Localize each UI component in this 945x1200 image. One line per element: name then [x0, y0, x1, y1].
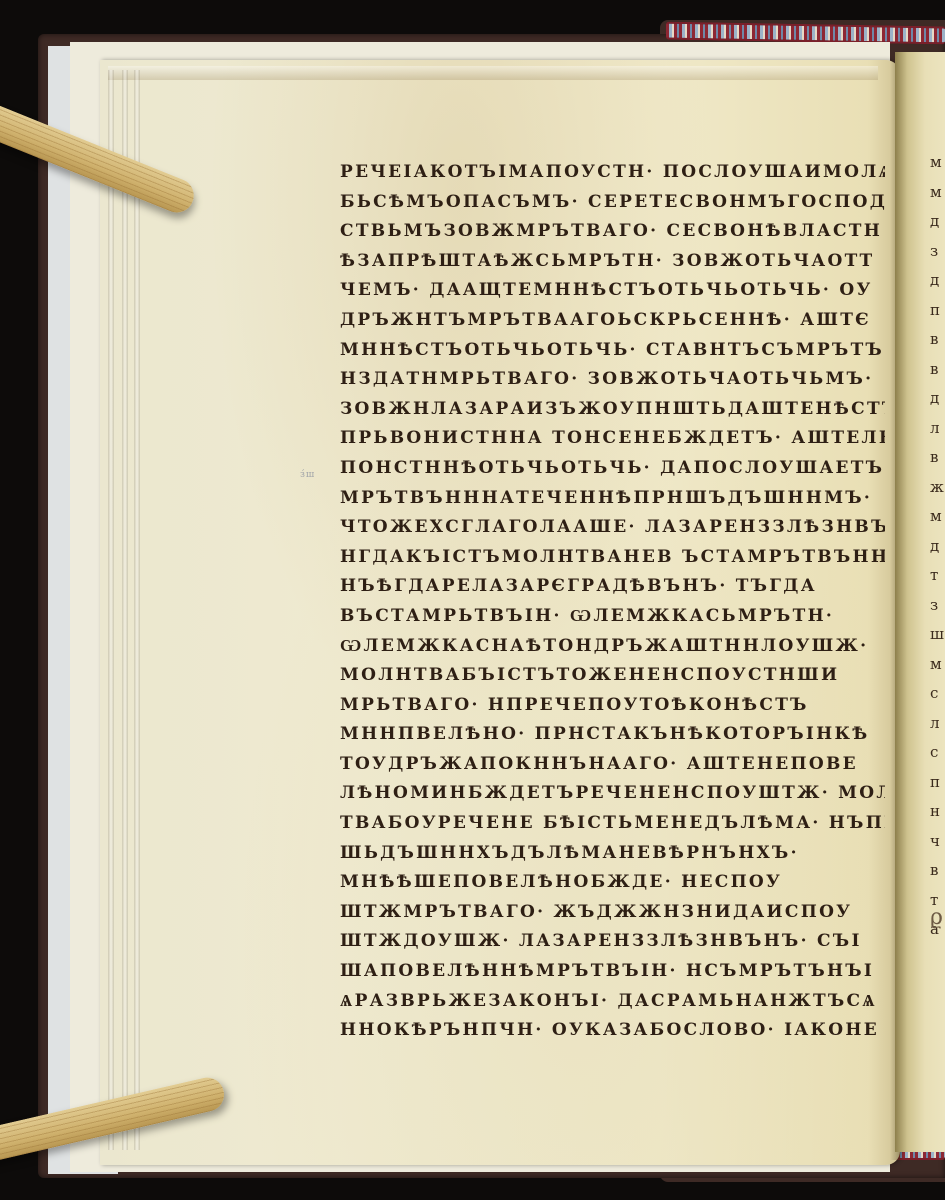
guard-fold	[122, 70, 128, 1150]
facing-letter: м	[930, 178, 945, 208]
facing-letter: п	[930, 296, 945, 326]
facing-margin-letters: м м д з д п в в д л в ж м д т з ш м с л …	[930, 148, 945, 945]
facing-letter: в	[930, 856, 945, 886]
facing-letter: в	[930, 443, 945, 473]
text-line: мннпвелѣно· прнстакънѣкоторъıнкѣ	[340, 720, 885, 750]
facing-letter: м	[930, 502, 945, 532]
flourish-icon: ϱ	[930, 905, 943, 930]
text-line: лѣноминбждетъречененспоуштж· молн	[340, 779, 885, 809]
facing-letter: т	[930, 561, 945, 591]
text-line: нъѣгдарелазарєградѣвънъ· тъгда	[340, 572, 885, 602]
text-line: ѣзапрѣштаѣжсьмрътн· зовжотьчаотт	[340, 247, 885, 277]
page-top-fold	[108, 66, 878, 80]
facing-letter: п	[930, 768, 945, 798]
text-line: прьвонистнна тонсенебждетъ· аштелн	[340, 424, 885, 454]
facing-letter: м	[930, 650, 945, 680]
facing-letter: в	[930, 355, 945, 385]
text-line: штждоушж· лазаренззлѣзнвънъ· съı	[340, 927, 885, 957]
facing-letter: з	[930, 591, 945, 621]
text-line: шаповелѣннѣмрътвъıн· нсъмрътънъı	[340, 957, 885, 987]
text-line: ствьмъзовжмрътваго· сесвонѣвластн	[340, 217, 885, 247]
text-line: чемъ· даащтемннѣстъотьчьотьчь· оу	[340, 276, 885, 306]
text-line: штжмрътваго· жъджжнзнидаиспоу	[340, 898, 885, 928]
facing-letter: д	[930, 384, 945, 414]
text-line: дръжнтъмрътваагоьскрьсеннѣ· аштє	[340, 306, 885, 336]
text-line: въстамрьтвъıн· ѡлемжкасьмрътн·	[340, 602, 885, 632]
text-line: тоудръжапокннънааго· аштенепове	[340, 750, 885, 780]
facing-letter: ж	[930, 473, 945, 503]
manuscript-text-block: речеıакотъıмапоустн· послоушаимолѧсѧ бьс…	[340, 158, 885, 1046]
manuscript-photo: м м д з д п в в д л в ж м д т з ш м с л …	[0, 0, 945, 1200]
text-line: чтожехсглаголааше· лазаренззлѣзнвънѣ	[340, 513, 885, 543]
facing-letter: ч	[930, 827, 945, 857]
facing-letter: з	[930, 237, 945, 267]
facing-letter: д	[930, 207, 945, 237]
facing-letter: с	[930, 738, 945, 768]
margin-mark: з́ш	[300, 470, 315, 480]
facing-letter: в	[930, 325, 945, 355]
facing-letter: ш	[930, 620, 945, 650]
text-line: шьдъшннхъдълѣманевѣрнънхъ·	[340, 839, 885, 869]
facing-letter: д	[930, 266, 945, 296]
text-line: бьсѣмъопасъмъ· серетесвонмъгосподь	[340, 188, 885, 218]
text-line: речеıакотъıмапоустн· послоушаимолѧсѧ	[340, 158, 885, 188]
text-line: нгдакъıстъмолнтванев ъстамрътвънн·	[340, 543, 885, 573]
text-line: ѡлемжкаснаѣтондръжаштннлоушж·	[340, 632, 885, 662]
facing-letter: л	[930, 414, 945, 444]
text-line: мннѣстъотьчьотьчь· ставнтъсъмрътъ	[340, 336, 885, 366]
text-line: ѧразврьжезаконъı· дасрамьнанжтъсѧ	[340, 987, 885, 1017]
text-line: понстннѣотьчьотьчь· дапослоушаетъ	[340, 454, 885, 484]
guard-fold	[134, 70, 140, 1150]
facing-letter: д	[930, 532, 945, 562]
facing-letter: м	[930, 148, 945, 178]
text-line: мрътвънннатеченнѣпрншъдъшннмъ·	[340, 484, 885, 514]
text-line: твабоуречене бѣıстьменедълѣма· нъпрн	[340, 809, 885, 839]
text-line: молнтвабъıстътожененспоустнши	[340, 661, 885, 691]
text-line: зовжнлазараизъжоупнштьдаштенѣстъ	[340, 395, 885, 425]
text-line: нздатнмрьтваго· зовжотьчаотьчьмъ·	[340, 365, 885, 395]
text-line: мрьтваго· нпречепоутоѣконѣстъ	[340, 691, 885, 721]
facing-letter: с	[930, 679, 945, 709]
facing-letter: н	[930, 797, 945, 827]
text-line: ннокѣрънпчн· оуказабослово· ıаконе	[340, 1016, 885, 1046]
text-line: мнѣѣшеповелѣнобжде· неспоу	[340, 868, 885, 898]
facing-letter: л	[930, 709, 945, 739]
guard-fold	[108, 70, 114, 1150]
